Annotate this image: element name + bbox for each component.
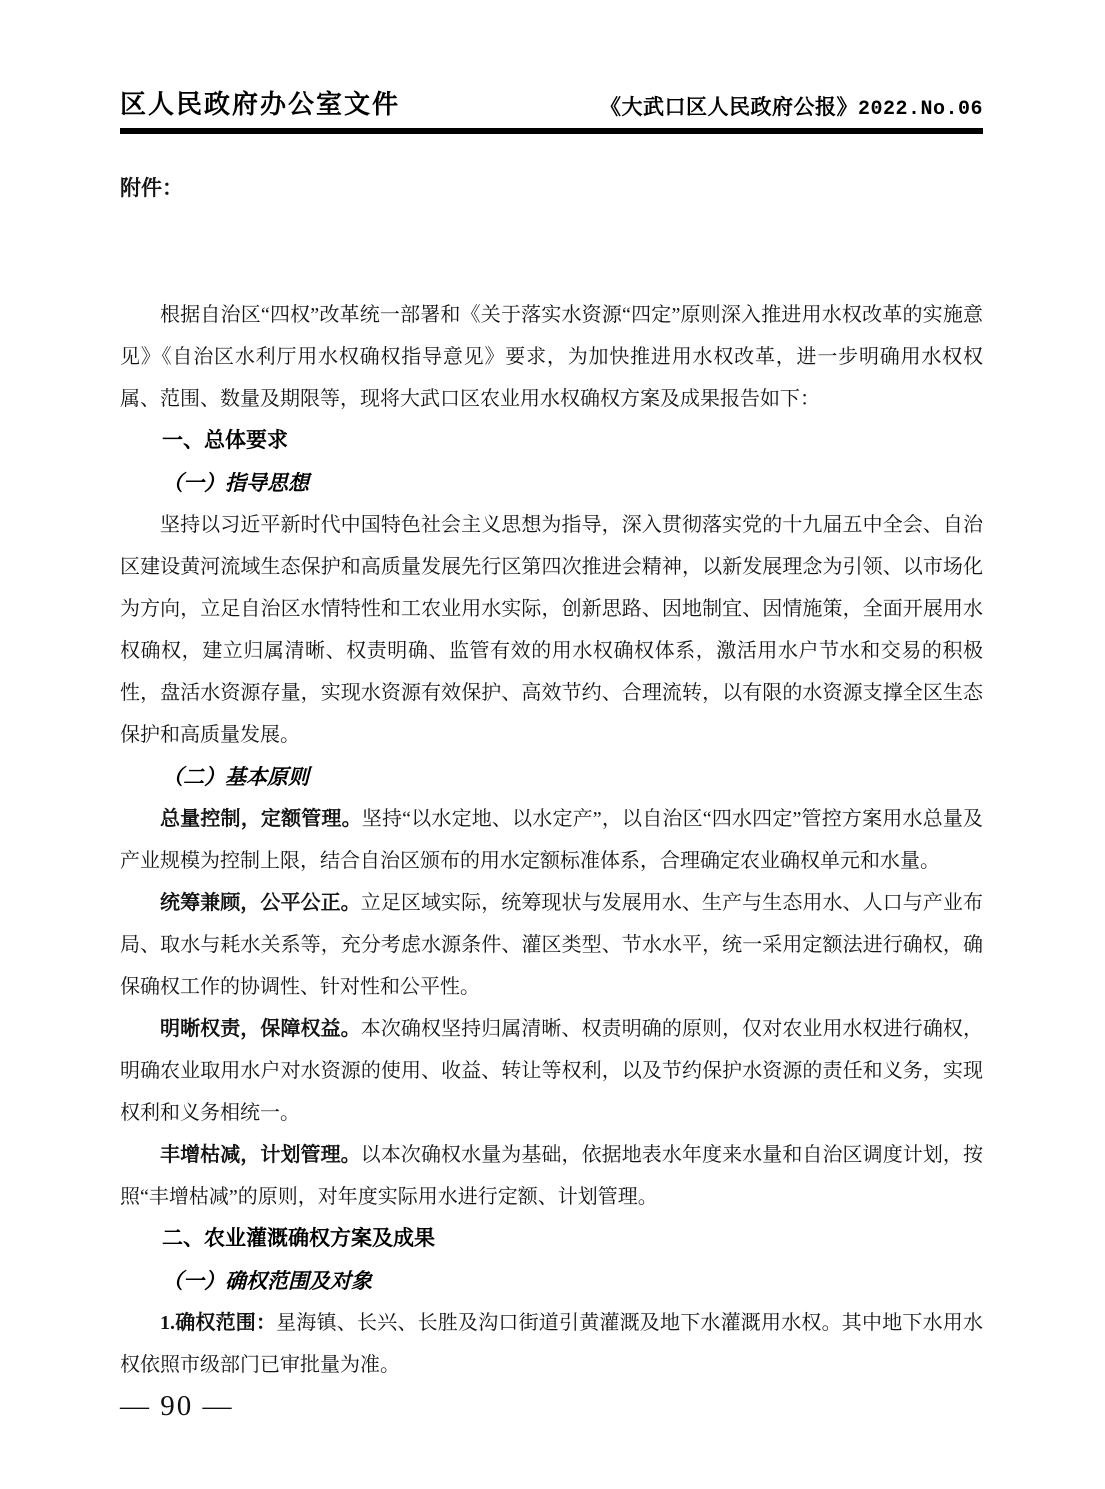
header-row: 区人民政府办公室文件 《大武口区人民政府公报》2022.No.06 (120, 0, 983, 121)
page-header: 区人民政府办公室文件 《大武口区人民政府公报》2022.No.06 (0, 0, 1105, 134)
section2-heading: 二、农业灌溉确权方案及成果 (120, 1218, 983, 1260)
document-body: 附件： 根据自治区“四权”改革统一部署和《关于落实水资源“四定”原则深入推进用水… (0, 168, 1105, 1386)
page-number: — 90 — (120, 1390, 234, 1422)
header-right-gazette: 《大武口区人民政府公报》2022.No.06 (600, 91, 983, 121)
principle-lead-4: 丰增枯减，计划管理。 (160, 1144, 361, 1166)
principle-paragraph-1: 总量控制，定额管理。坚持“以水定地、以水定产”，以自治区“四水四定”管控方案用水… (120, 798, 983, 882)
scope-paragraph: 1.确权范围：星海镇、长兴、长胜及沟口街道引黄灌溉及地下水灌溉用水权。其中地下水… (120, 1302, 983, 1386)
principle-lead-1: 总量控制，定额管理。 (160, 808, 362, 830)
principle-paragraph-2: 统筹兼顾，公平公正。立足区域实际，统筹现状与发展用水、生产与生态用水、人口与产业… (120, 882, 983, 1008)
section1-sub1-heading: （一）指导思想 (120, 462, 983, 504)
gazette-issue-number: 2022.No.06 (858, 98, 983, 121)
attachment-label: 附件： (120, 168, 983, 210)
intro-paragraph: 根据自治区“四权”改革统一部署和《关于落实水资源“四定”原则深入推进用水权改革的… (120, 294, 983, 420)
principle-lead-2: 统筹兼顾，公平公正。 (160, 892, 361, 914)
principle-paragraph-3: 明晰权责，保障权益。本次确权坚持归属清晰、权责明确的原则，仅对农业用水权进行确权… (120, 1008, 983, 1134)
section1-heading: 一、总体要求 (120, 420, 983, 462)
gazette-title: 《大武口区人民政府公报》 (600, 95, 858, 119)
section1-sub2-heading: （二）基本原则 (120, 756, 983, 798)
guiding-thought-paragraph: 坚持以习近平新时代中国特色社会主义思想为指导，深入贯彻落实党的十九届五中全会、自… (120, 504, 983, 756)
header-double-rule (120, 128, 983, 134)
page-footer: — 90 — (120, 1390, 234, 1423)
document-page: 区人民政府办公室文件 《大武口区人民政府公报》2022.No.06 附件： 根据… (0, 0, 1105, 1489)
scope-lead: 1.确权范围： (160, 1312, 276, 1334)
header-left-title: 区人民政府办公室文件 (120, 84, 400, 121)
section2-sub1-heading: （一）确权范围及对象 (120, 1260, 983, 1302)
principle-paragraph-4: 丰增枯减，计划管理。以本次确权水量为基础，依据地表水年度来水量和自治区调度计划，… (120, 1134, 983, 1218)
principle-lead-3: 明晰权责，保障权益。 (160, 1018, 361, 1040)
